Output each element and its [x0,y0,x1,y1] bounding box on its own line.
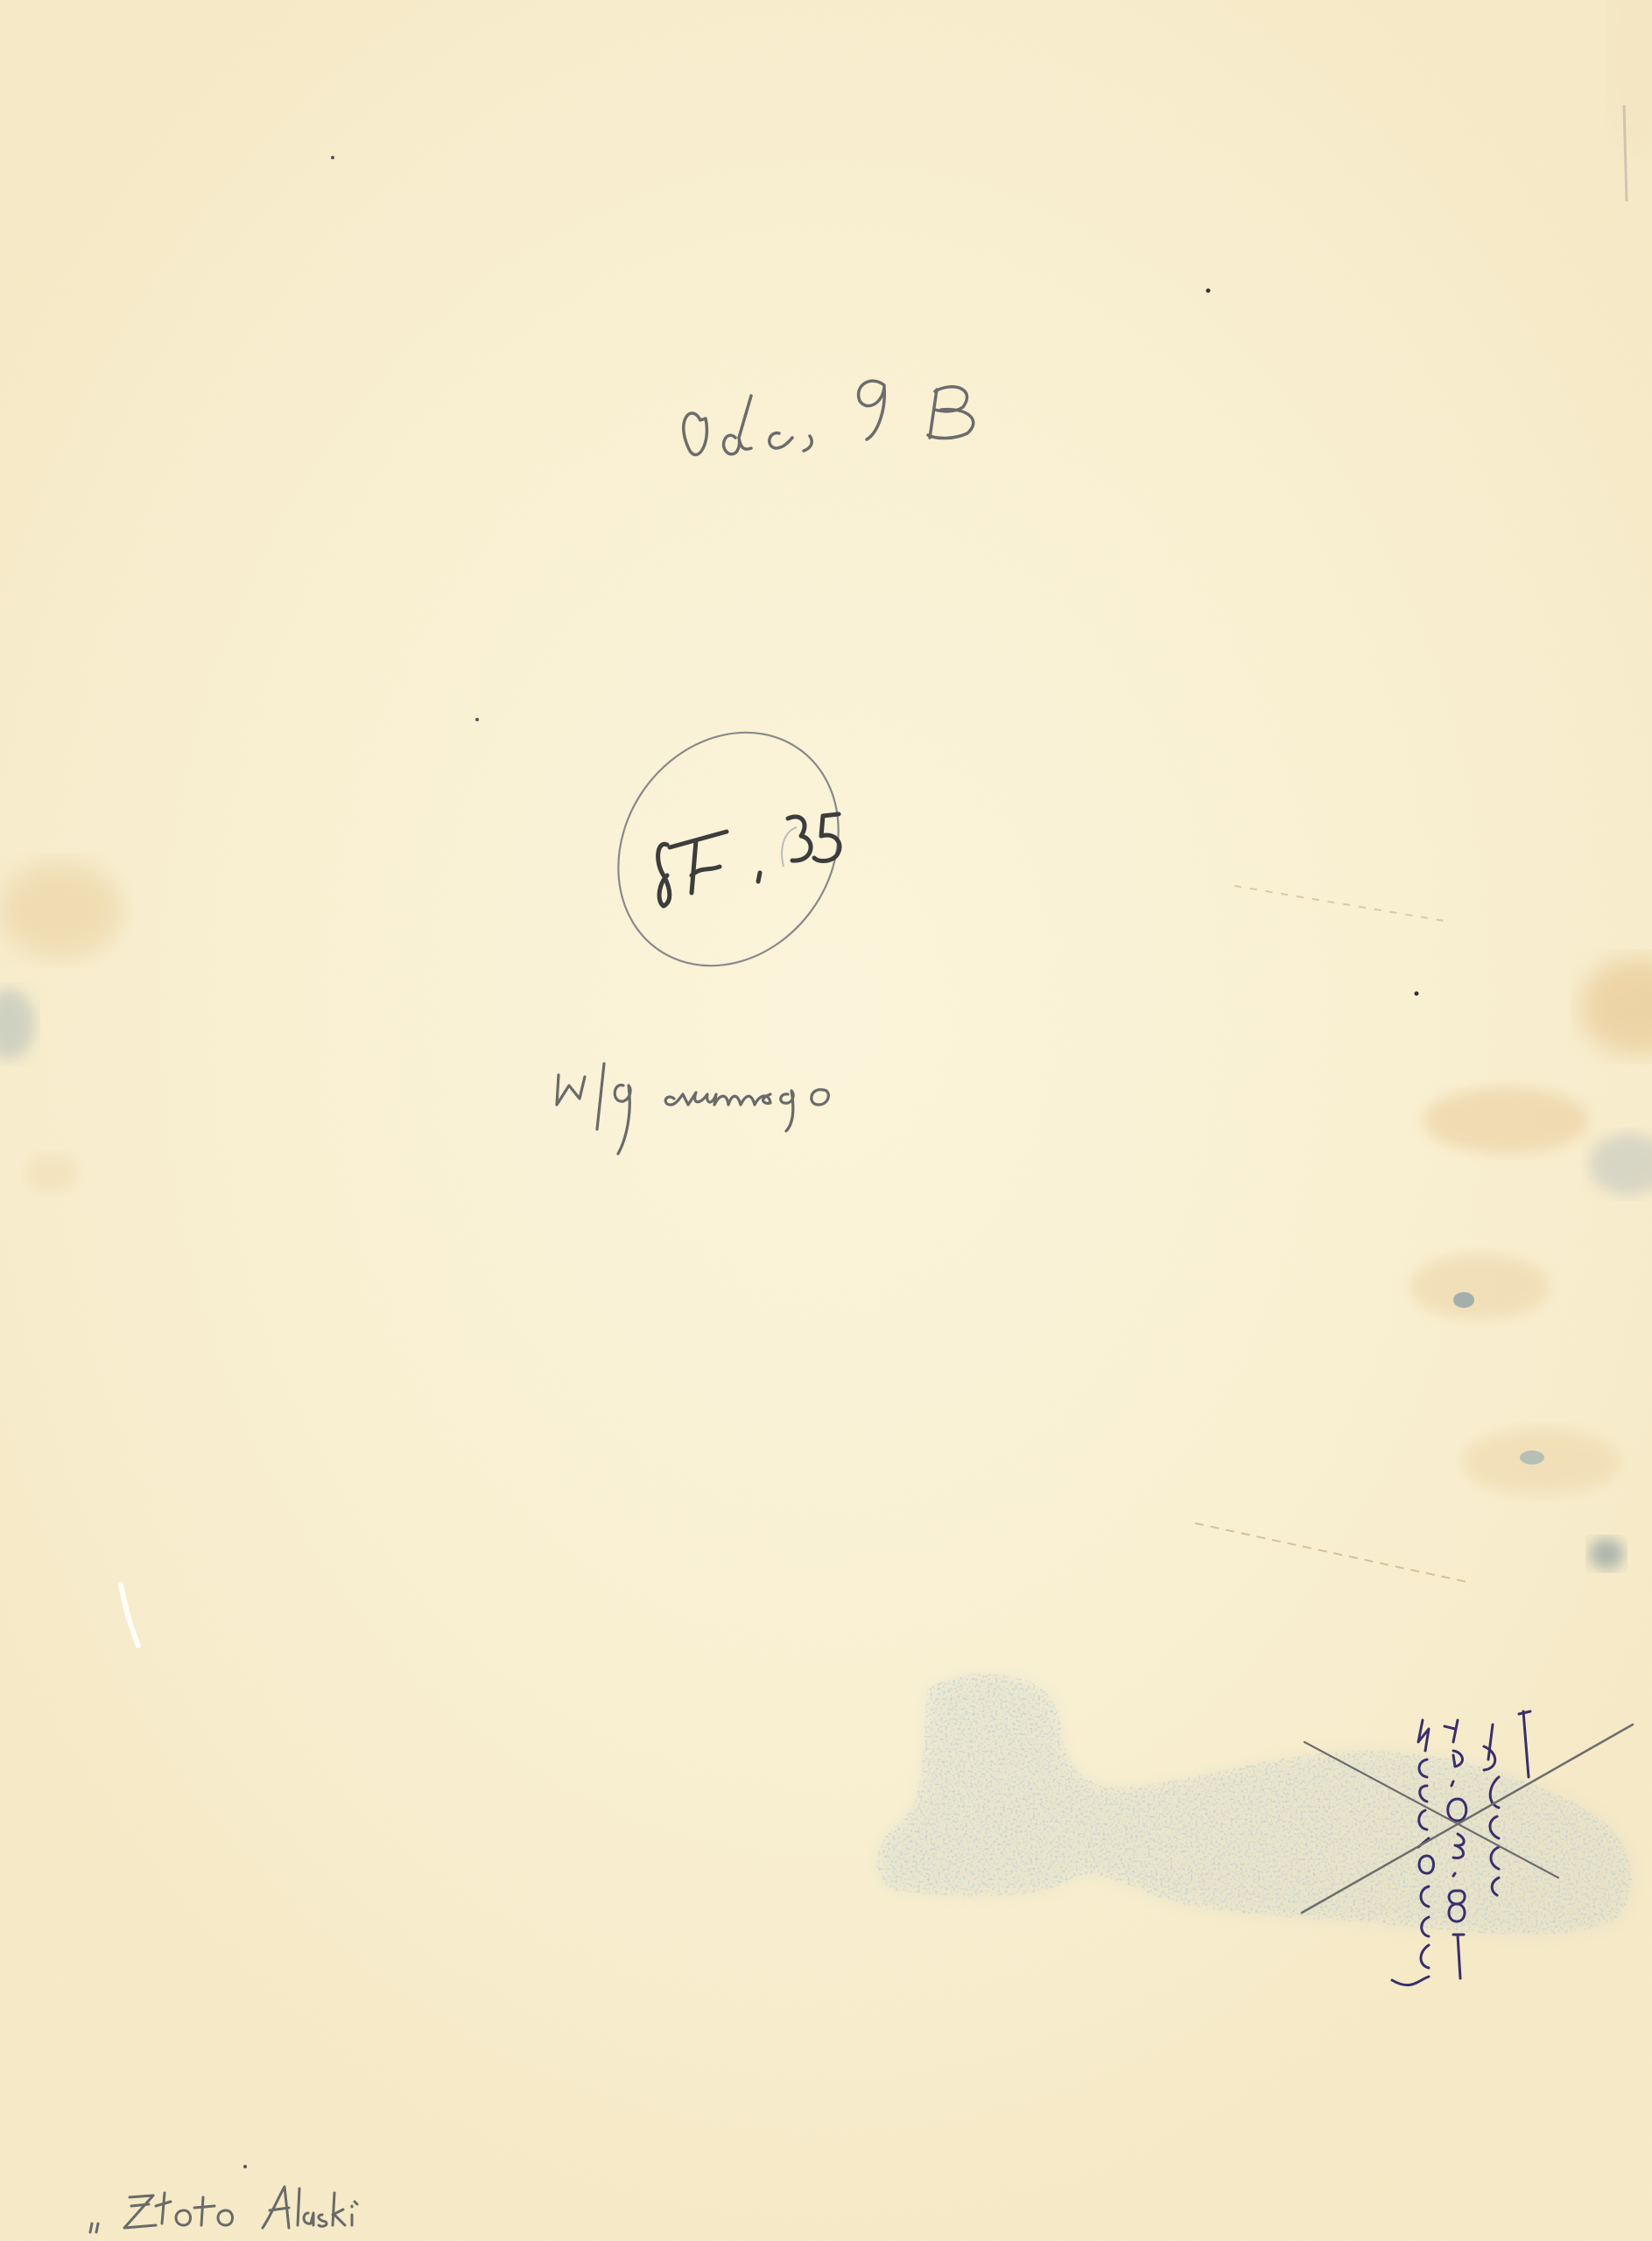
stamp-line-2: 15.03.80 [1473,1698,1613,1734]
note-label: W/g czarnego [543,1059,875,1147]
scanned-page: Odc. 9B str. 35 W/g czarnego Tempus 15.0… [0,0,1652,2241]
stamp-line-3: Nesołowsky [1624,1698,1652,1734]
title-label: „Złoto Alaski" [83,2180,442,2232]
stamp-line-1: Tempus [1339,1698,1463,1734]
stamp-label: Tempus 15.03.80 Nesołowsky [1339,1698,1488,1996]
episode-label: Odc. 9B [683,385,989,473]
page-reference-label: str. 35 [648,805,858,902]
